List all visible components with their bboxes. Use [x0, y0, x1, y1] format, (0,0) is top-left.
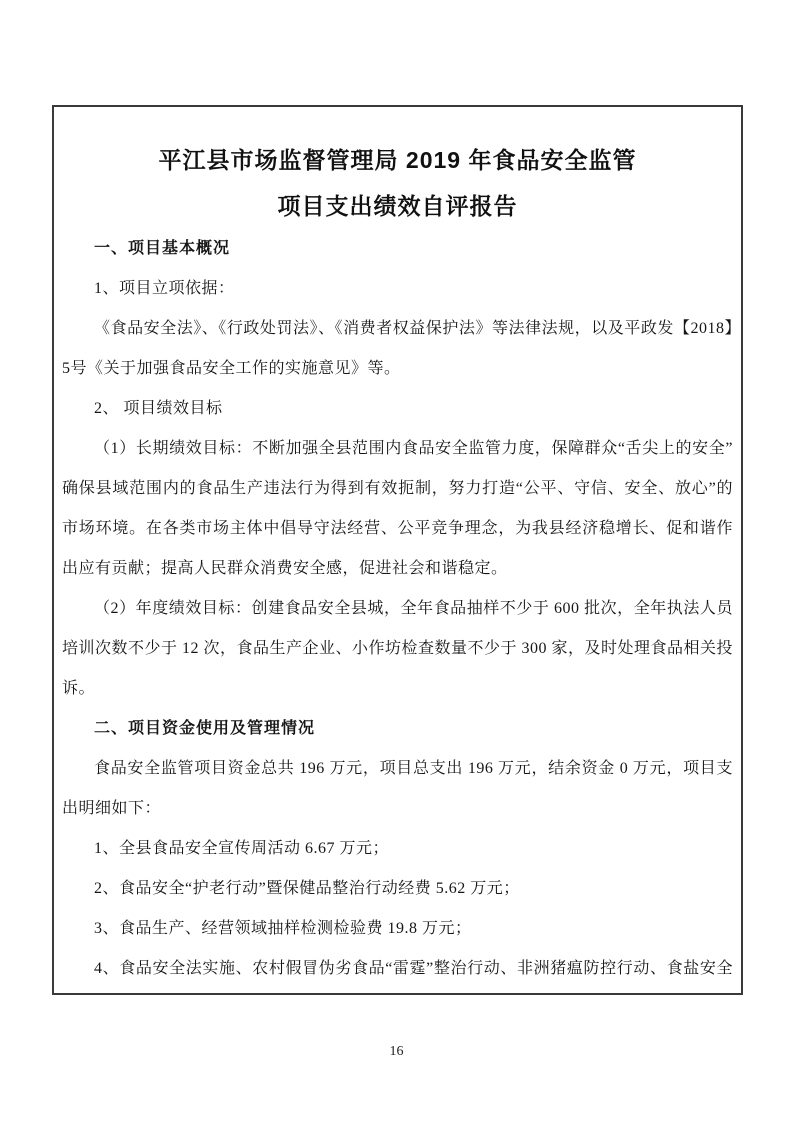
paragraph: 一、项目基本概况	[62, 229, 733, 269]
page-border: 平江县市场监督管理局 2019 年食品安全监管 项目支出绩效自评报告 一、项目基…	[52, 105, 743, 995]
page-number: 16	[0, 1044, 793, 1060]
paragraph: 3、食品生产、经营领域抽样检测检验费 19.8 万元；	[62, 909, 733, 949]
doc-title-line1: 平江县市场监督管理局 2019 年食品安全监管	[62, 137, 733, 183]
paragraph: 2、 项目绩效目标	[62, 389, 733, 429]
paragraph: 二、项目资金使用及管理情况	[62, 709, 733, 749]
paragraph: 2、食品安全“护老行动”暨保健品整治行动经费 5.62 万元；	[62, 869, 733, 909]
paragraph: 食品安全监管项目资金总共 196 万元，项目总支出 196 万元，结余资金 0 …	[62, 749, 733, 829]
paragraph: 1、项目立项依据：	[62, 269, 733, 309]
paragraph: 1、全县食品安全宣传周活动 6.67 万元；	[62, 829, 733, 869]
doc-title-line2: 项目支出绩效自评报告	[62, 183, 733, 229]
document-page: 平江县市场监督管理局 2019 年食品安全监管 项目支出绩效自评报告 一、项目基…	[0, 0, 793, 1122]
doc-body: 一、项目基本概况1、项目立项依据：《食品安全法》、《行政处罚法》、《消费者权益保…	[62, 229, 733, 995]
paragraph: 《食品安全法》、《行政处罚法》、《消费者权益保护法》等法律法规，以及平政发【20…	[62, 309, 733, 389]
paragraph: （2）年度绩效目标：创建食品安全县城，全年食品抽样不少于 600 批次，全年执法…	[62, 589, 733, 709]
paragraph: 4、食品安全法实施、农村假冒伪劣食品“雷霆”整治行动、非洲猪瘟防控行动、食盐安全…	[62, 949, 733, 995]
paragraph: （1）长期绩效目标：不断加强全县范围内食品安全监管力度，保障群众“舌尖上的安全”…	[62, 429, 733, 589]
